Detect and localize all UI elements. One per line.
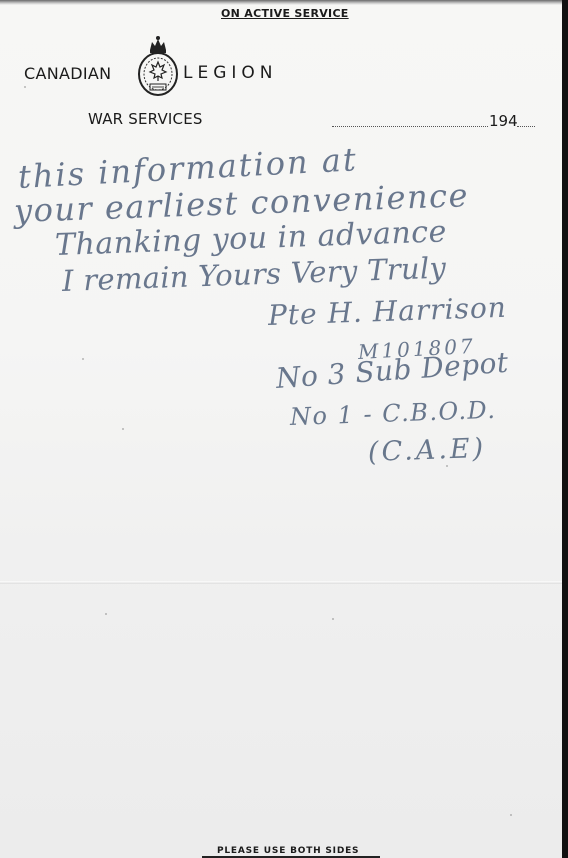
scan-top-shadow	[0, 0, 562, 5]
handwritten-signature: Pte H. Harrison	[267, 291, 507, 332]
date-year-prefix: 194	[489, 112, 518, 130]
canadian-legion-crest-icon	[135, 34, 181, 98]
paper-speck	[105, 613, 107, 615]
paper-speck	[82, 358, 84, 360]
paper-speck	[330, 302, 332, 304]
unit-line: No 3 Sub Depot	[275, 346, 510, 395]
division-title: WAR SERVICES	[88, 110, 203, 128]
paper-speck	[122, 428, 124, 430]
unit-line: (C.A.E)	[367, 433, 486, 468]
scan-right-edge	[562, 0, 568, 858]
please-use-both-sides-notice: PLEASE USE BOTH SIDES	[217, 846, 359, 856]
unit-line: No 1 - C.B.O.D.	[290, 396, 497, 431]
letter-page: ON ACTIVE SERVICE CANADIAN LEGION WAR SE…	[0, 0, 562, 858]
paper-fold-line	[0, 581, 562, 584]
year-fill-line	[517, 126, 535, 127]
paper-speck	[332, 618, 334, 620]
org-name-left: CANADIAN	[24, 64, 111, 83]
date-fill-line	[332, 126, 488, 127]
paper-speck	[446, 465, 448, 467]
paper-speck	[24, 86, 26, 88]
paper-speck	[510, 814, 512, 816]
on-active-service-notice: ON ACTIVE SERVICE	[221, 7, 349, 20]
org-name-right: LEGION	[183, 63, 278, 83]
